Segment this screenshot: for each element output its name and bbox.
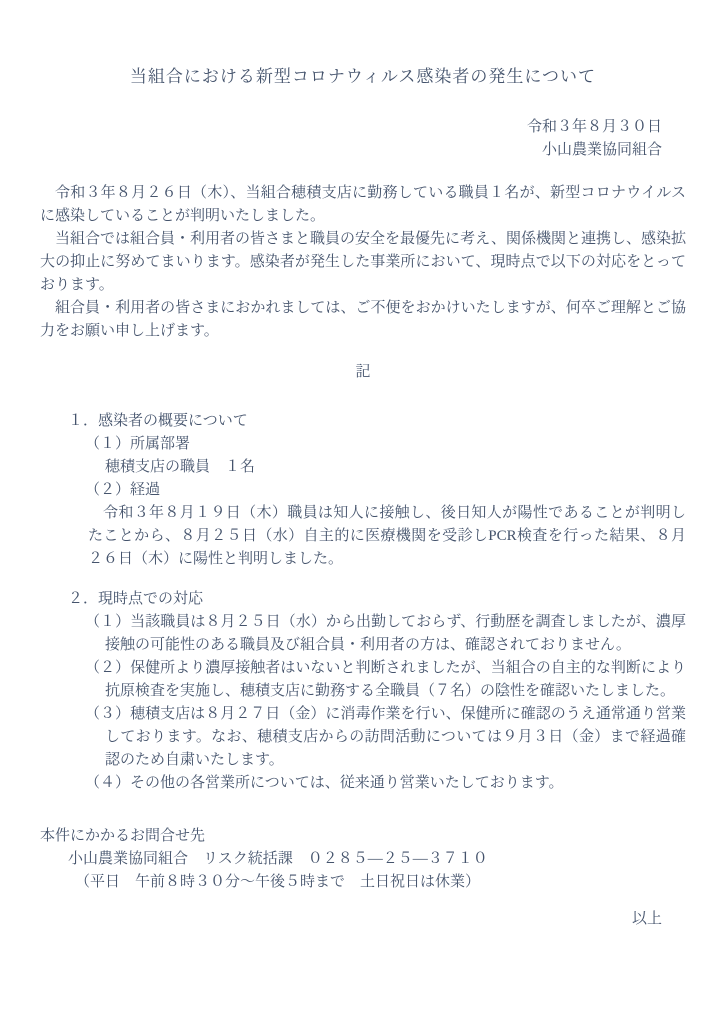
contact-block: 本件にかかるお問合せ先 小山農業協同組合 リスク統括課 ０２８５―２５―３７１０… <box>40 825 686 894</box>
closing-marker: 以上 <box>40 908 686 931</box>
section-2-item-4: （４）その他の各営業所については、従来通り営業いたしております。 <box>40 772 686 795</box>
section-1-heading: １．感染者の概要について <box>40 410 686 433</box>
section-1-item-1-value: 穂積支店の職員 １名 <box>40 456 686 479</box>
intro-paragraph-2: 当組合では組合員・利用者の皆さまと職員の安全を最優先に考え、関係機関と連携し、感… <box>40 228 686 297</box>
intro-paragraph-1: 令和３年８月２６日（木）、当組合穂積支店に勤務している職員１名が、新型コロナウイ… <box>40 182 686 228</box>
contact-line-1: 小山農業協同組合 リスク統括課 ０２８５―２５―３７１０ <box>40 848 686 871</box>
intro-paragraph-3: 組合員・利用者の皆さまにおかれましては、ご不便をおかけいたしますが、何卒ご理解と… <box>40 297 686 343</box>
section-2-item-3: （３）穂積支店は８月２７日（金）に消毒作業を行い、保健所に確認のうえ通常通り営業… <box>40 703 686 772</box>
section-2-item-1: （１）当該職員は８月２５日（水）から出勤しておらず、行動歴を調査しましたが、濃厚… <box>40 611 686 657</box>
intro-paragraphs: 令和３年８月２６日（木）、当組合穂積支店に勤務している職員１名が、新型コロナウイ… <box>40 182 686 343</box>
section-2-heading: ２．現時点での対応 <box>40 588 686 611</box>
section-1-item-2-label: （２）経過 <box>40 479 686 502</box>
section-2-item-2: （２）保健所より濃厚接触者はいないと判断されましたが、当組合の自主的な判断により… <box>40 657 686 703</box>
record-marker: 記 <box>40 361 686 384</box>
section-1-item-2-text: 令和３年８月１９日（木）職員は知人に接触し、後日知人が陽性であることが判明したこ… <box>40 502 686 571</box>
contact-line-2: （平日 午前８時３０分～午後５時まで 土日祝日は休業） <box>40 871 686 894</box>
section-1-item-1-label: （１）所属部署 <box>40 433 686 456</box>
contact-heading: 本件にかかるお問合せ先 <box>40 825 686 848</box>
document-page: 当組合における新型コロナウィルス感染者の発生について 令和３年８月３０日 小山農… <box>0 0 724 1024</box>
doc-title: 当組合における新型コロナウィルス感染者の発生について <box>40 64 686 90</box>
issuer-name: 小山農業協同組合 <box>40 139 662 162</box>
date-issuer-block: 令和３年８月３０日 小山農業協同組合 <box>40 116 686 162</box>
issue-date: 令和３年８月３０日 <box>40 116 662 139</box>
